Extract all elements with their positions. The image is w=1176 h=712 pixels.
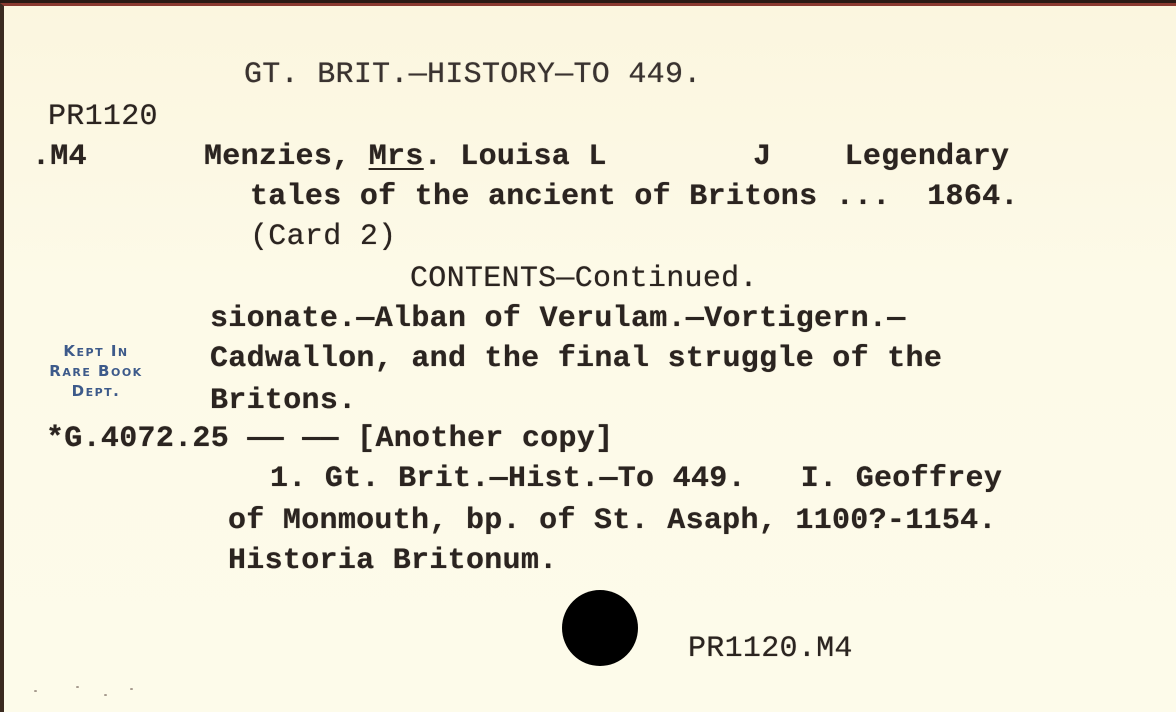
title-line: tales of the ancient of Britons ... 1864… [250,180,1019,214]
footer-call-number: PR1120.M4 [688,632,853,666]
author-name-rest: . Louisa L J Legendary [424,140,1010,174]
card-punch-hole [562,590,638,666]
contents-line-2: Cadwallon, and the final struggle of the [210,342,942,376]
tracings-line-1: 1. Gt. Brit.—Hist.—To 449. I. Geoffrey [270,462,1002,496]
ink-speck [104,694,107,696]
rare-book-stamp: Kept In Rare Book Dept. [8,341,184,401]
contents-line-1: sionate.—Alban of Verulam.—Vortigern.— [210,302,906,336]
ink-speck [76,686,79,688]
stamp-line-1: Kept In [8,341,184,361]
another-copy-line: *G.4072.25 —— —— [Another copy] [46,422,613,456]
contents-heading: CONTENTS—Continued. [410,262,758,296]
author-line: Menzies, Mrs. Louisa L J Legendary [204,140,1009,174]
card-number: (Card 2) [250,220,396,254]
author-title: Mrs [369,140,424,174]
author-name-start: Menzies, [204,140,369,174]
tracings-line-3: Historia Britonum. [228,544,557,578]
call-number-cutter: .M4 [32,140,87,174]
catalog-card: GT. BRIT.—HISTORY—TO 449. PR1120 .M4 Men… [0,3,1176,712]
subject-heading: GT. BRIT.—HISTORY—TO 449. [244,58,702,92]
stamp-line-2: Rare Book [8,361,184,381]
tracings-line-2: of Monmouth, bp. of St. Asaph, 1100?-115… [228,504,997,538]
call-number-class: PR1120 [48,100,158,134]
ink-speck [130,688,133,690]
contents-line-3: Britons. [210,384,356,418]
ink-speck [34,690,37,692]
stamp-line-3: Dept. [8,381,184,401]
